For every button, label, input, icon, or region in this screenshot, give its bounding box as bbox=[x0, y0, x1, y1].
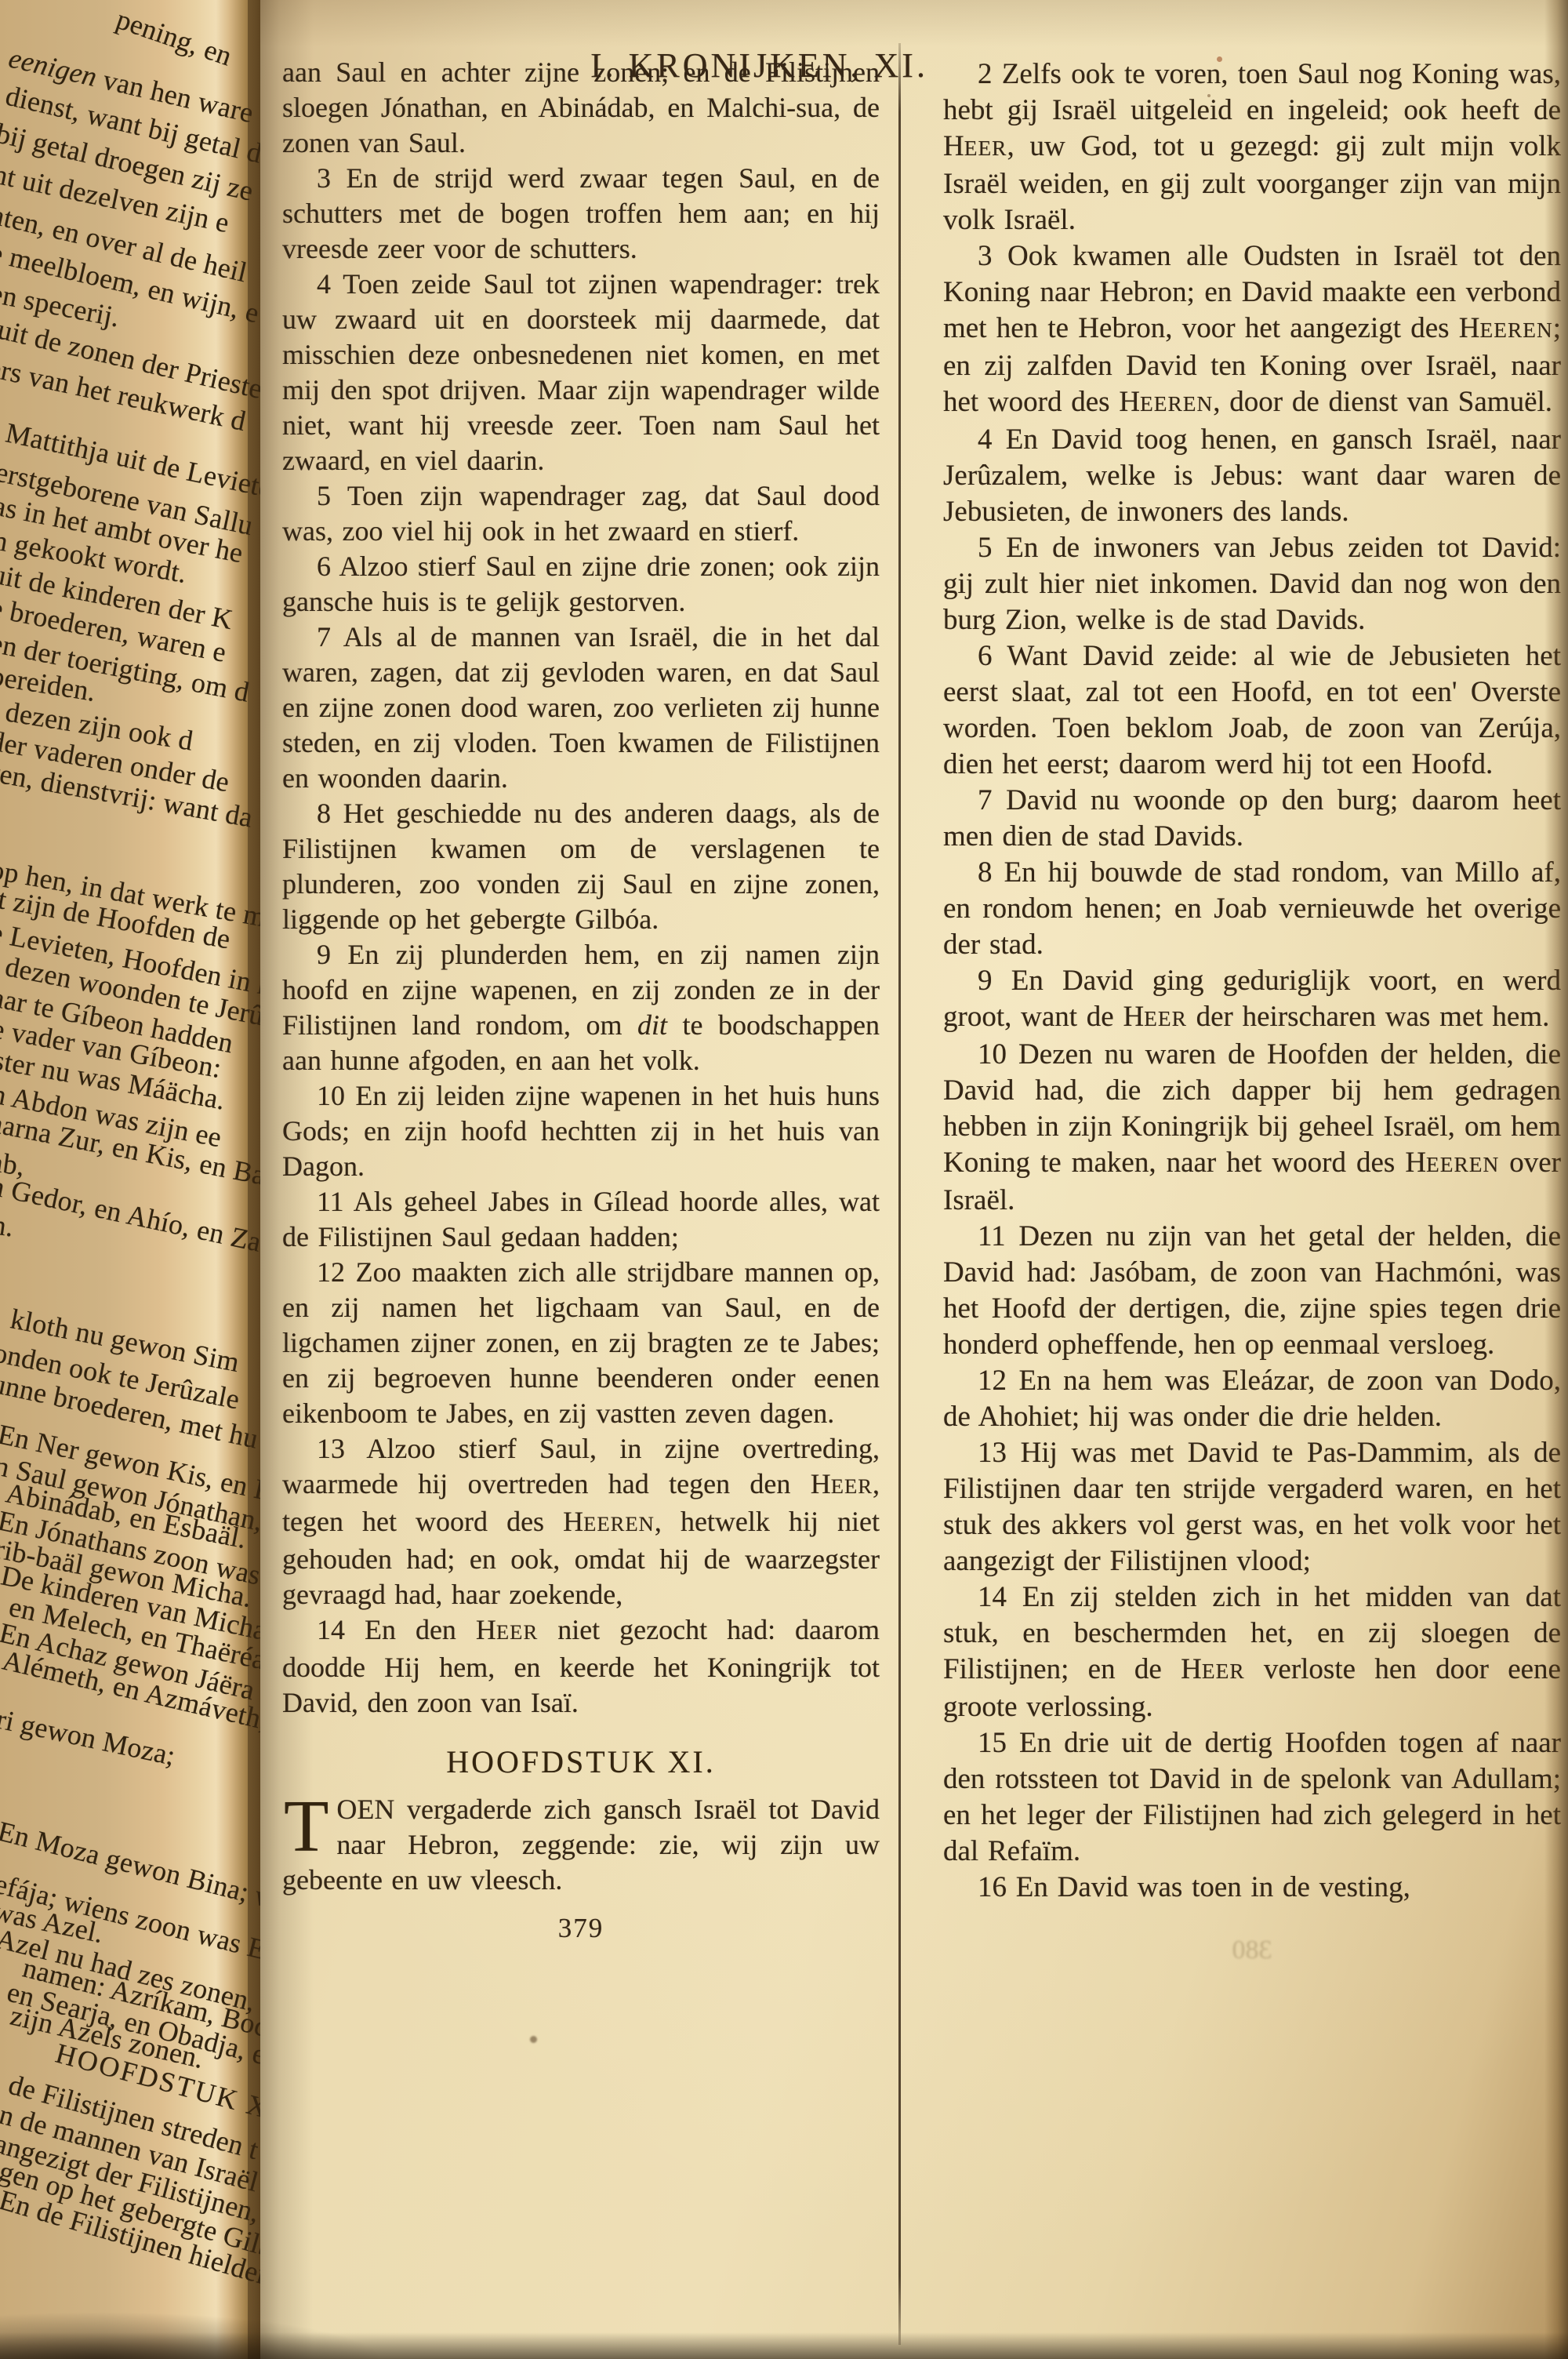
verse-paragraph: 5 En de inwoners van Jebus zeiden tot Da… bbox=[943, 530, 1561, 638]
right-column-verses: 2 Zelfs ook te voren, toen Saul nog Koni… bbox=[943, 56, 1561, 1906]
verse-paragraph: 7 Als al de mannen van Israël, die in he… bbox=[282, 620, 880, 796]
page-number: 379 bbox=[282, 1910, 880, 1946]
verse-paragraph: 14 En zij stelden zich in het midden van… bbox=[943, 1579, 1561, 1725]
right-text-column: 2 Zelfs ook te voren, toen Saul nog Koni… bbox=[943, 0, 1561, 1968]
verse-paragraph: 9 En David ging geduriglijk voort, en we… bbox=[943, 963, 1561, 1037]
dropcap-letter: T bbox=[282, 1792, 336, 1856]
verse-paragraph: 13 Alzoo stierf Saul, in zijne overtredi… bbox=[282, 1431, 880, 1612]
verse-paragraph: 5 Toen zijn wapendrager zag, dat Saul do… bbox=[282, 478, 880, 549]
showthrough-page-number: 380 bbox=[943, 1932, 1561, 1968]
verse-paragraph: 8 Het geschiedde nu des anderen daags, a… bbox=[282, 796, 880, 937]
verse-paragraph: 14 En den HEER niet gezocht had: daarom … bbox=[282, 1612, 880, 1721]
verse-paragraph: 12 Zoo maakten zich alle strijdbare mann… bbox=[282, 1255, 880, 1431]
verse-paragraph: 6 Alzoo stierf Saul en zijne drie zonen;… bbox=[282, 549, 880, 620]
scanned-bible-page: pening, eneenigen van hen waredienst, wa… bbox=[0, 0, 1568, 2359]
chapter-heading: HOOFDSTUK XI. bbox=[282, 1744, 880, 1779]
verse-paragraph: 4 Toen zeide Saul tot zijnen wapendrager… bbox=[282, 267, 880, 478]
verse-paragraph: 4 En David toog henen, en gansch Israël,… bbox=[943, 422, 1561, 530]
verse-paragraph: aan Saul en achter zijne zonen; en de Fi… bbox=[282, 55, 880, 161]
verse-paragraph: 13 Hij was met David te Pas-Dammim, als … bbox=[943, 1435, 1561, 1579]
verse-paragraph: 3 Ook kwamen alle Oudsten in Israël tot … bbox=[943, 238, 1561, 422]
left-text-column: aan Saul en achter zijne zonen; en de Fi… bbox=[282, 0, 880, 1946]
left-column-verses: aan Saul en achter zijne zonen; en de Fi… bbox=[282, 55, 880, 1721]
verse-paragraph: 15 En drie uit de dertig Hoofden togen a… bbox=[943, 1725, 1561, 1870]
chapter-first-verse: TOEN vergaderde zich gansch Israël tot D… bbox=[282, 1792, 880, 1898]
verse-paragraph: 9 En zij plunderden hem, en zij namen zi… bbox=[282, 937, 880, 1078]
verse-paragraph: 3 En de strijd werd zwaar tegen Saul, en… bbox=[282, 161, 880, 267]
verse-paragraph: 16 En David was toen in de vesting, bbox=[943, 1870, 1561, 1906]
column-divider-rule bbox=[898, 43, 901, 2345]
verse-paragraph: 11 Als geheel Jabes in Gílead hoorde all… bbox=[282, 1184, 880, 1255]
verse-paragraph: 11 Dezen nu zijn van het getal der helde… bbox=[943, 1219, 1561, 1363]
verse-paragraph: 10 En zij leiden zijne wapenen in het hu… bbox=[282, 1078, 880, 1184]
verse-paragraph: 2 Zelfs ook te voren, toen Saul nog Koni… bbox=[943, 56, 1561, 238]
page-content: I. KRONIJKEN, XI. aan Saul en achter zij… bbox=[0, 0, 1568, 2359]
verse-paragraph: 6 Want David zeide: al wie de Jebusieten… bbox=[943, 638, 1561, 783]
verse-paragraph: 7 David nu woonde op den burg; daarom he… bbox=[943, 783, 1561, 855]
verse-paragraph: 8 En hij bouwde de stad rondom, van Mill… bbox=[943, 855, 1561, 963]
verse-paragraph: 10 Dezen nu waren de Hoofden der helden,… bbox=[943, 1037, 1561, 1219]
verse-paragraph: 12 En na hem was Eleázar, de zoon van Do… bbox=[943, 1363, 1561, 1435]
